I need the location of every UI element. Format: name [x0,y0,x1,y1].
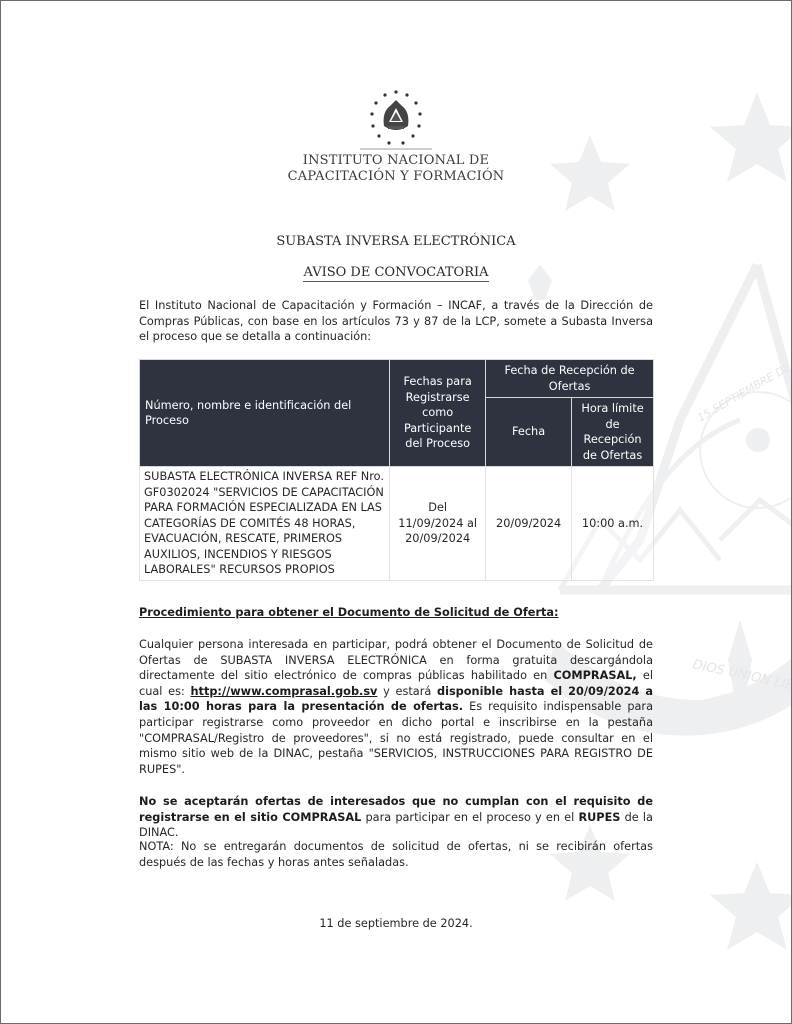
header-reception-group: Fecha de Recepción de Ofertas [486,360,654,398]
warning-paragraph: No se aceptarán ofertas de interesados q… [139,794,653,841]
document-date: 11 de septiembre de 2024. [200,917,592,930]
cell-registration-dates: Del 11/09/2024 al 20/09/2024 [390,467,486,581]
header-deadline-hour: Hora límite de Recepción de Ofertas [572,398,654,467]
document-title: SUBASTA INVERSA ELECTRÓNICA [140,234,652,249]
warning-bold-rupes: RUPES [578,811,620,824]
procedure-text-3: y estará [377,685,437,698]
document-page: INSTITUTO NACIONAL DE CAPACITACIÓN Y FOR… [0,0,792,1024]
warning-text-1: para participar en el proceso y en el [361,811,578,824]
process-table: Número, nombre e identificación del Proc… [139,359,654,581]
cell-deadline-hour: 10:00 a.m. [572,467,654,581]
header-registration-dates: Fechas para Registrarse como Participant… [390,360,486,467]
cell-date: 20/09/2024 [486,467,572,581]
procedure-paragraph: Cualquier persona interesada en particip… [139,637,653,777]
notice-title: AVISO DE CONVOCATORIA [140,265,652,280]
intro-paragraph: El Instituto Nacional de Capacitación y … [139,298,653,345]
notice-title-text: AVISO DE CONVOCATORIA [303,265,488,282]
note-paragraph: NOTA: No se entregarán documentos de sol… [139,839,653,870]
institution-name: INSTITUTO NACIONAL DE CAPACITACIÓN Y FOR… [200,153,592,185]
table-row: SUBASTA ELECTRÓNICA INVERSA REF Nro. GF0… [140,467,654,581]
procedure-heading: Procedimiento para obtener el Documento … [139,606,559,619]
logo-divider [360,148,432,150]
procedure-bold-comprasal: COMPRASAL, [553,669,636,682]
institution-line-1: INSTITUTO NACIONAL DE [200,153,592,169]
comprasal-link[interactable]: http://www.comprasal.gob.sv [191,685,378,698]
cell-process: SUBASTA ELECTRÓNICA INVERSA REF Nro. GF0… [140,467,390,581]
institution-line-2: CAPACITACIÓN Y FORMACIÓN [200,169,592,185]
coat-of-arms-icon [366,88,426,148]
header-date: Fecha [486,398,572,467]
header-process: Número, nombre e identificación del Proc… [140,360,390,467]
